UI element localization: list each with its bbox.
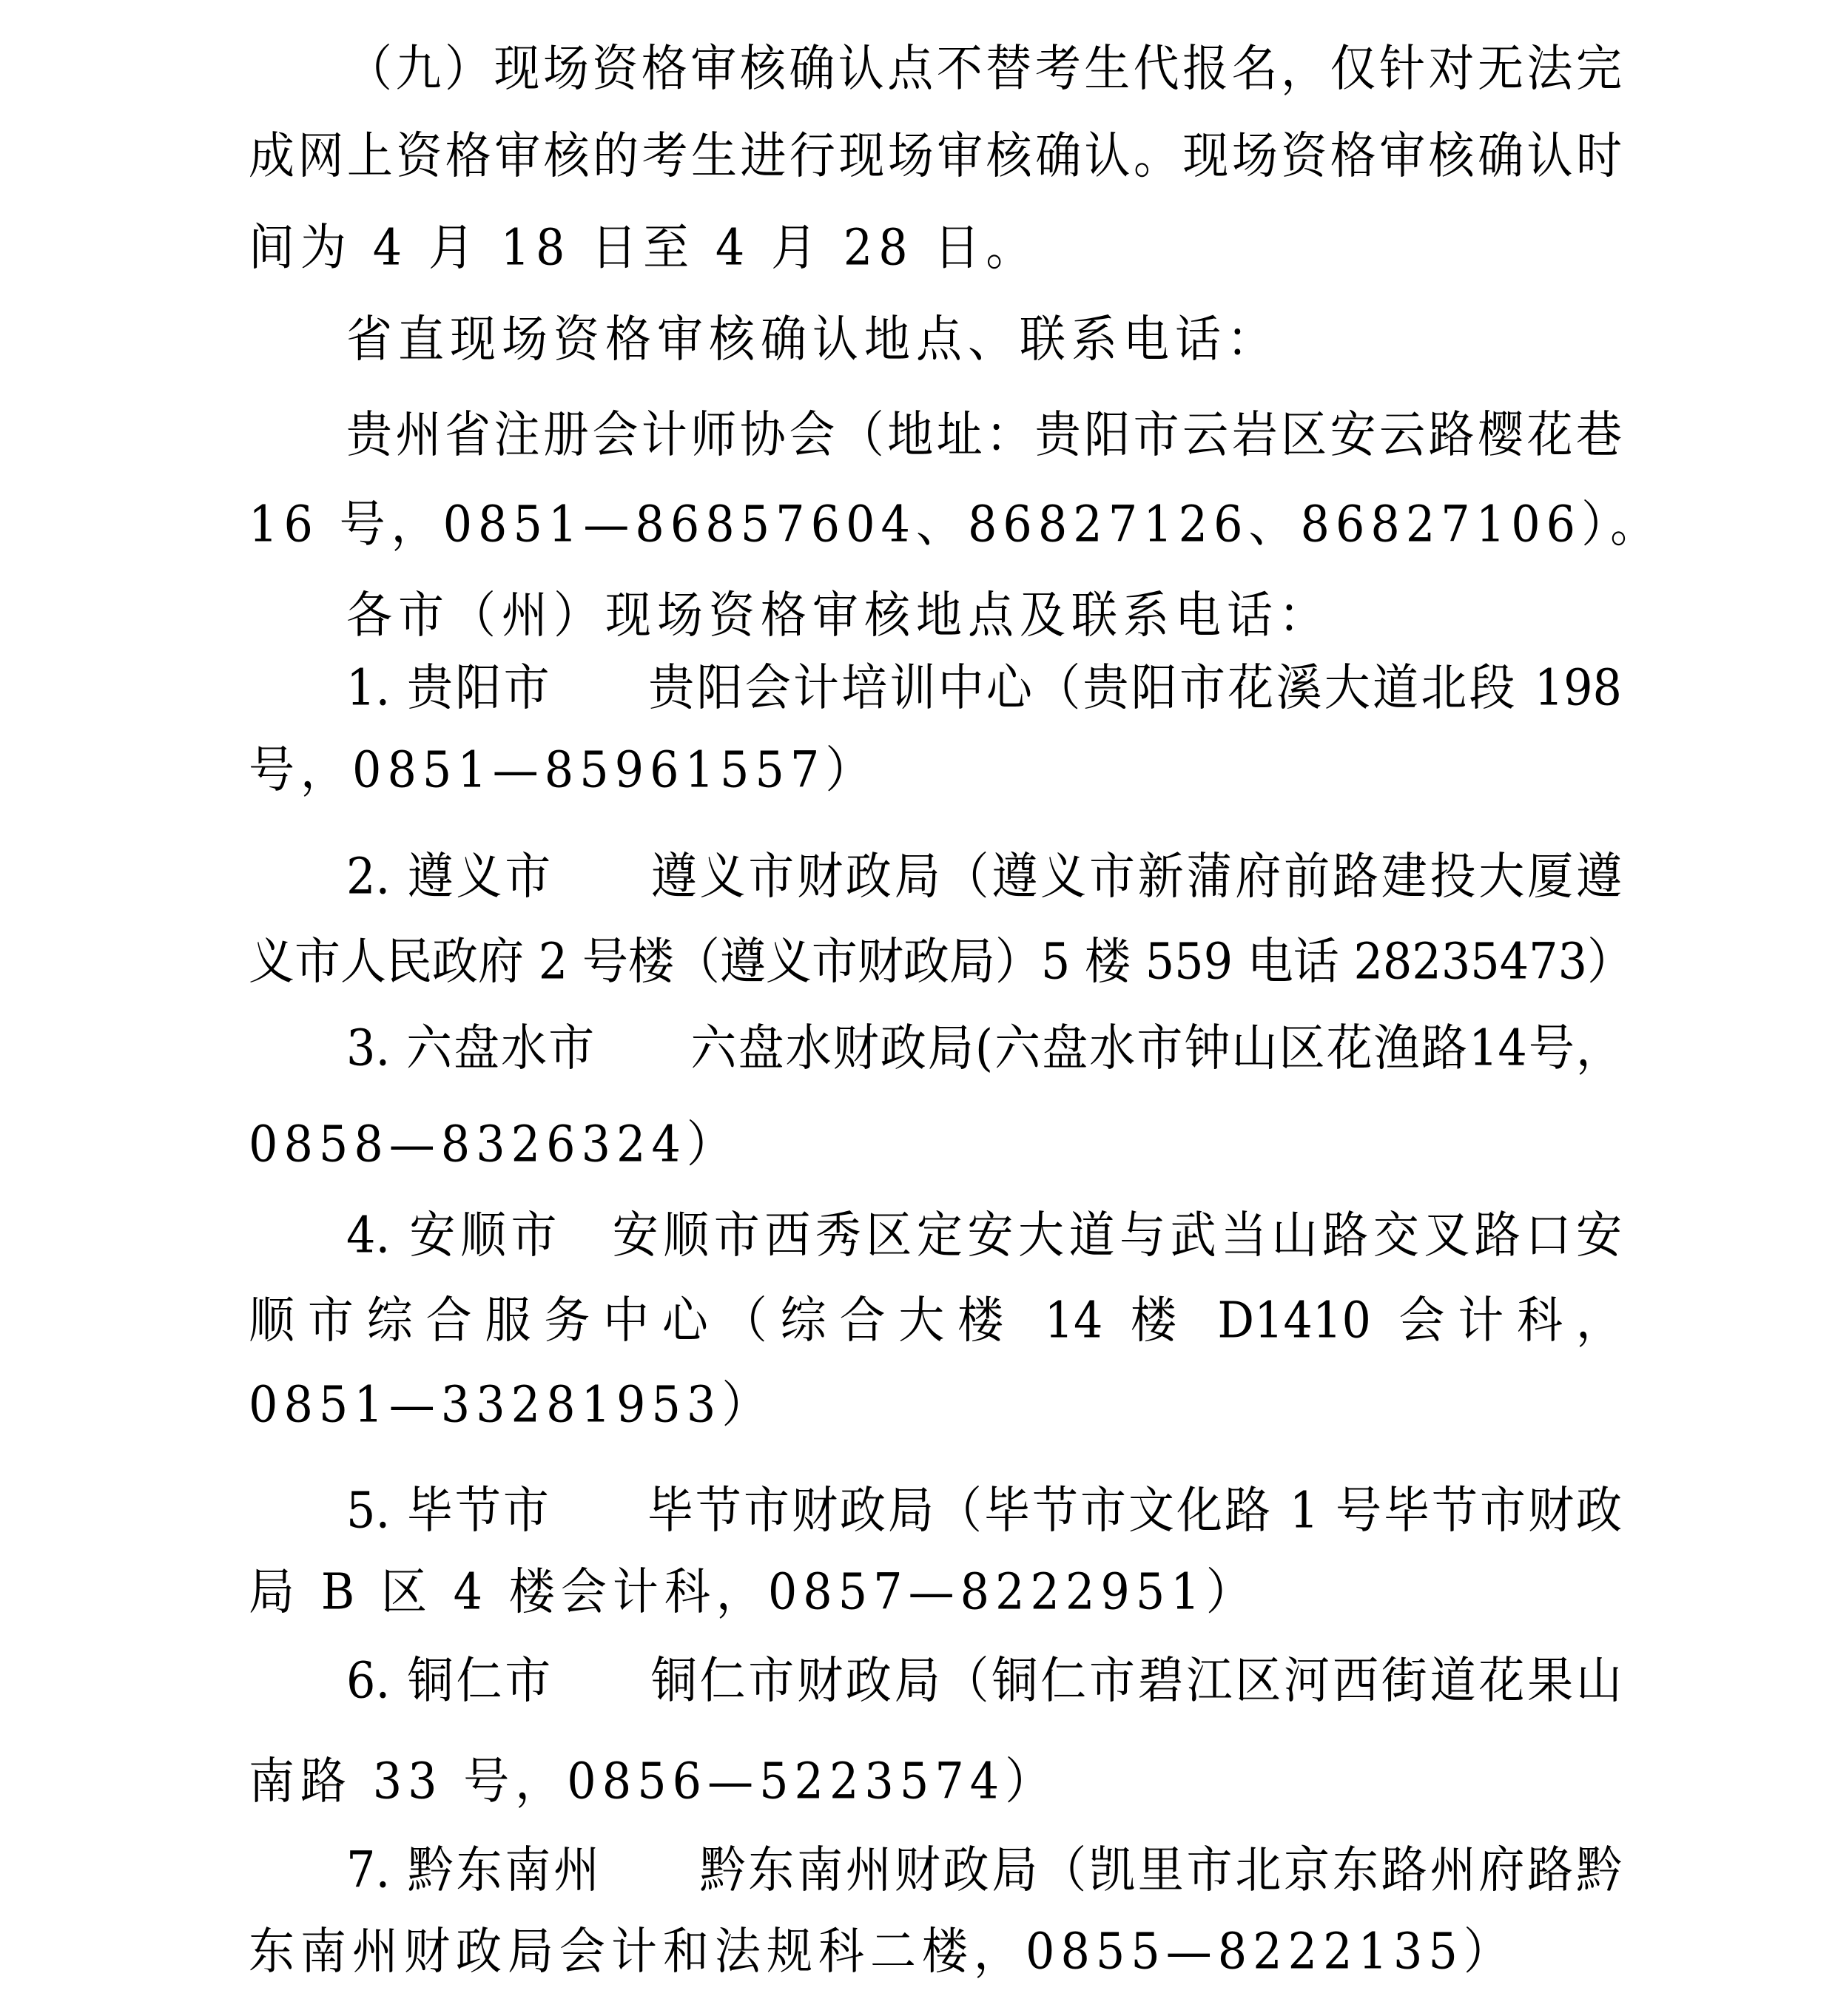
location-zunyi-line-1: 2. 遵义市 遵义市财政局（遵义市新蒲府前路建投大厦遵 [346,845,1622,908]
provincial-location-heading: 省直现场资格审核确认地点、联系电话： [346,308,1622,371]
location-anshun-line-3: 0851—33281953） [249,1373,1622,1437]
location-zunyi-line-2: 义市人民政府 2 号楼（遵义市财政局）5 楼 559 电话 28235473） [249,930,1622,994]
provincial-cpa-line-2: 16 号，0851—86857604、86827126、86827106）。 [249,493,1622,556]
location-bijie-line-2: 局 B 区 4 楼会计科，0857—8222951） [249,1560,1622,1624]
location-liupanshui-line-1: 3. 六盘水市 六盘水财政局(六盘水市钟山区花渔路14号， [346,1017,1622,1080]
location-tongren-line-2: 南路 33 号，0856—5223574） [249,1750,1622,1813]
location-guiyang-line-2: 号，0851—85961557） [249,738,1622,802]
paragraph-item-9-line-2: 成网上资格审核的考生进行现场审核确认。现场资格审核确认时 [249,124,1622,188]
location-qiandongnan-line-2: 东南州财政局会计和法规科二楼，0855—8222135） [249,1920,1622,1983]
location-liupanshui-line-2: 0858—8326324） [249,1113,1622,1176]
paragraph-item-9-line-1: （九）现场资格审核确认点不替考生代报名，仅针对无法完 [346,37,1622,101]
location-bijie-line-1: 5. 毕节市 毕节市财政局（毕节市文化路 1 号毕节市财政 [346,1479,1622,1543]
provincial-cpa-line-1: 贵州省注册会计师协会（地址：贵阳市云岩区安云路樱花巷 [346,403,1622,467]
paragraph-item-9-line-3: 间为 4 月 18 日至 4 月 28 日。 [249,216,1622,280]
location-qiandongnan-line-1: 7. 黔东南州 黔东南州财政局（凯里市北京东路州府路黔 [346,1838,1622,1902]
location-anshun-line-1: 4. 安顺市 安顺市西秀区定安大道与武当山路交叉路口安 [346,1204,1622,1267]
location-anshun-line-2: 顺市综合服务中心（综合大楼 14 楼 D1410 会计科， [249,1289,1622,1352]
location-guiyang-line-1: 1. 贵阳市 贵阳会计培训中心（贵阳市花溪大道北段 198 [346,656,1622,720]
cities-location-heading: 各市（州）现场资格审核地点及联系电话： [346,584,1622,647]
location-tongren-line-1: 6. 铜仁市 铜仁市财政局（铜仁市碧江区河西街道花果山 [346,1649,1622,1713]
